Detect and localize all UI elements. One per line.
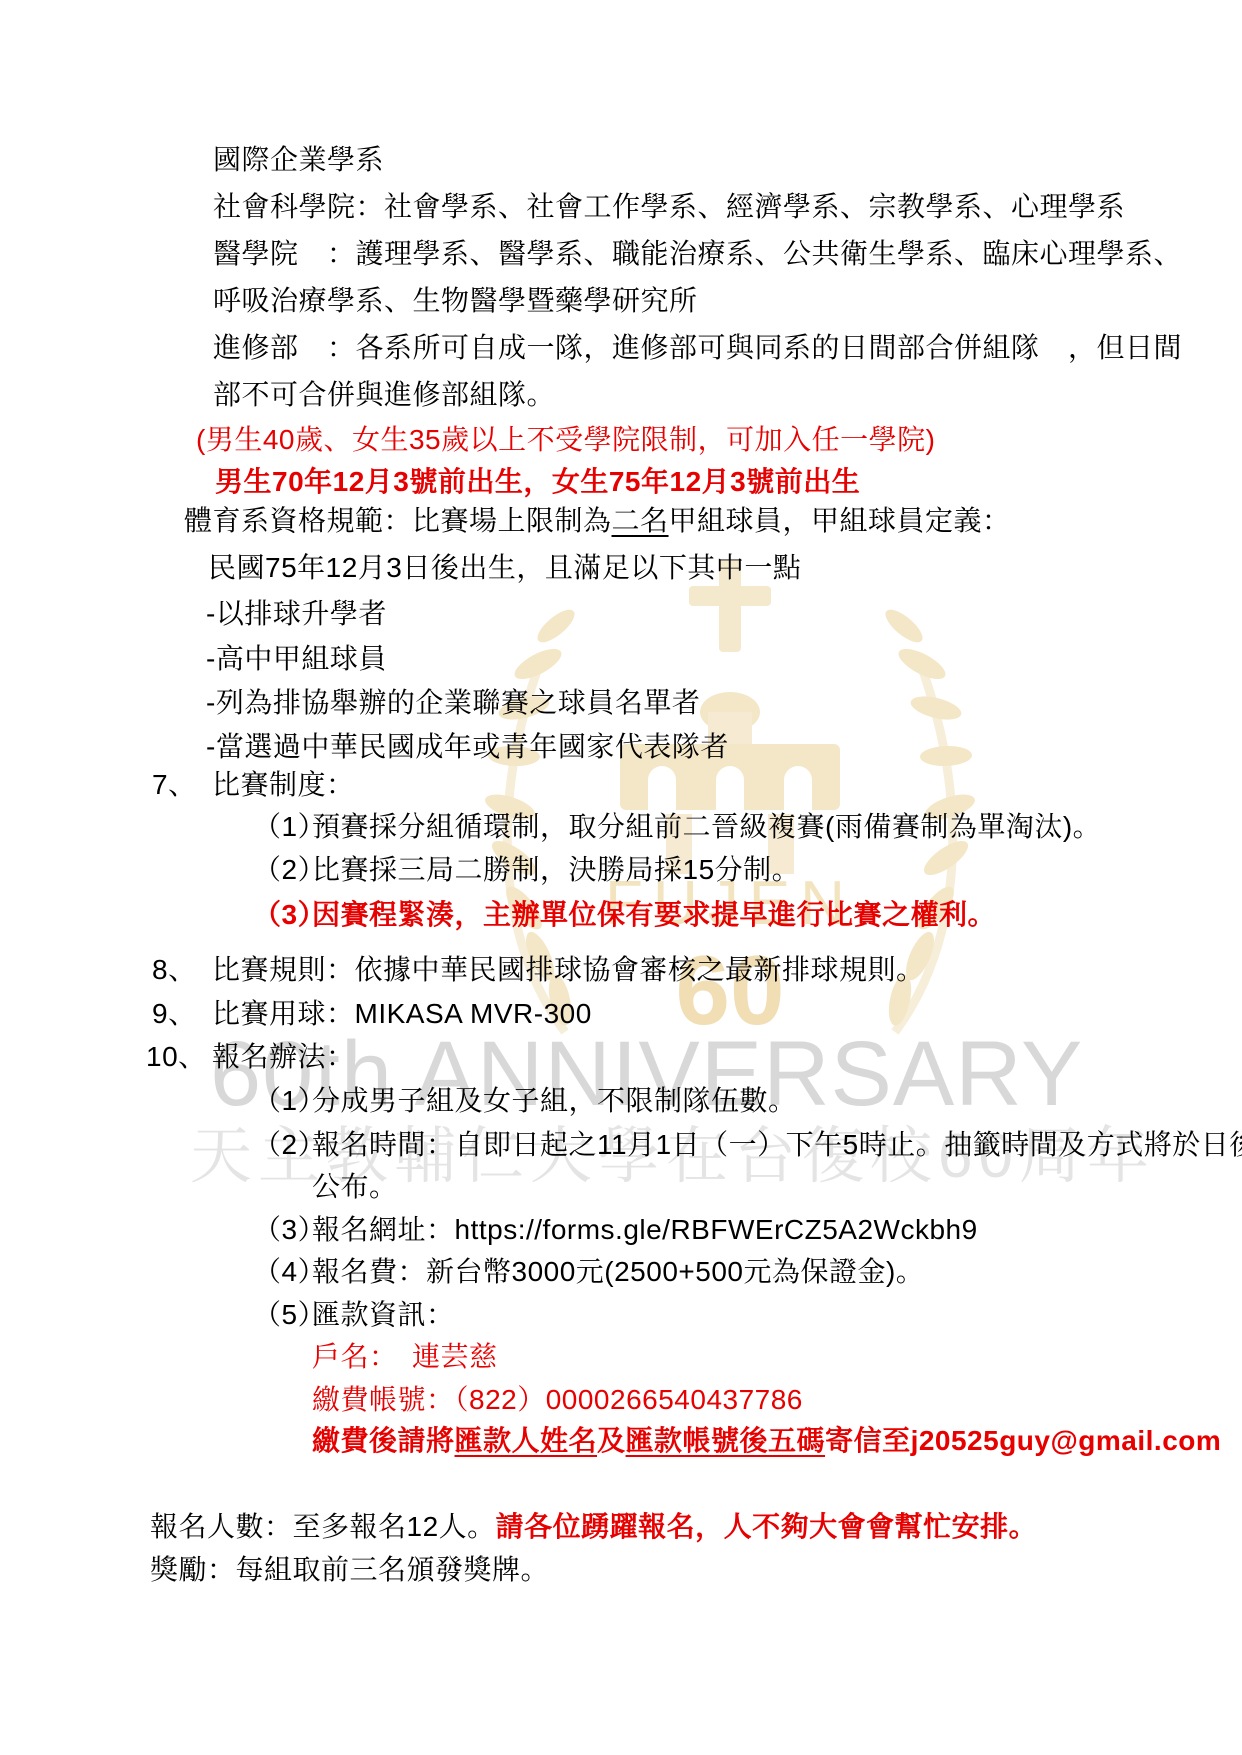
item-label: 比賽規則：依據中華民國排球協會審核之最新排球規則。 xyxy=(212,954,925,985)
instr-underlined-name: 匯款人姓名 xyxy=(455,1425,598,1456)
pe-rule-text-end: 甲組球員，甲組球員定義： xyxy=(669,505,1011,536)
item-text: 報名時間：自即日起之11月1日（一）下午5時止。抽籤時間及方式將於日後 xyxy=(312,1129,1242,1160)
item-7-3: （3）因賽程緊湊，主辦單位保有要求提早進行比賽之權利。 xyxy=(253,901,996,929)
instr-email: 寄信至j20525guy@gmail.com xyxy=(825,1425,1221,1456)
headcount-note: 請各位踴躍報名，人不夠大會會幫忙安排。 xyxy=(496,1511,1038,1542)
line-pe-dept-rule: 體育系資格規範：比賽場上限制為二名甲組球員，甲組球員定義： xyxy=(184,507,1011,535)
list-number: （1） xyxy=(253,813,312,841)
item-label: 報名辦法： xyxy=(212,1041,355,1072)
line-college-medicine: 醫學院 ：護理學系、醫學系、職能治療系、公共衛生學系、臨床心理學系、 xyxy=(213,240,1182,268)
instr-text: 及 xyxy=(597,1425,626,1456)
line-condition-1: -以排球升學者 xyxy=(206,600,387,628)
line-continuing-education: 進修部 ：各系所可自成一隊，進修部可與同系的日間部合併組隊 ，但日間 xyxy=(213,334,1182,362)
item-text: 比賽採三局二勝制，決勝局採15分制。 xyxy=(312,854,800,885)
pe-rule-underlined: 二名 xyxy=(612,505,669,536)
item-7-2: （2）比賽採三局二勝制，決勝局採15分制。 xyxy=(253,856,800,884)
line-birth-cutoff: 男生70年12月3號前出生，女生75年12月3號前出生 xyxy=(215,468,860,496)
anniversary-logo-watermark: FUJEN 60 xyxy=(470,552,990,1067)
item-text: 因賽程緊湊，主辦單位保有要求提早進行比賽之權利。 xyxy=(312,899,996,930)
instr-text: 繳費後請將 xyxy=(312,1425,455,1456)
line-headcount: 報名人數：至多報名12人。請各位踴躍報名，人不夠大會會幫忙安排。 xyxy=(150,1513,1037,1541)
item-label: 比賽用球：MIKASA MVR-300 xyxy=(212,998,592,1029)
pe-rule-text: 體育系資格規範：比賽場上限制為 xyxy=(184,505,612,536)
list-number: （5） xyxy=(253,1301,312,1329)
list-number: （4） xyxy=(253,1258,312,1286)
line-condition-3: -列為排協舉辦的企業聯賽之球員名單者 xyxy=(206,689,700,717)
line-age-exception: (男生40歲、女生35歲以上不受學院限制，可加入任一學院) xyxy=(196,426,935,454)
line-payment-instruction: 繳費後請將匯款人姓名及匯款帳號後五碼寄信至j20525guy@gmail.com xyxy=(312,1427,1221,1455)
list-number: （2） xyxy=(253,1131,312,1159)
list-number: 8、 xyxy=(152,956,212,984)
item-7-1: （1）預賽採分組循環制，取分組前二晉級複賽(雨備賽制為單淘汰)。 xyxy=(253,813,1101,841)
item-10-5: （5）匯款資訊： xyxy=(253,1301,455,1329)
item-10-2: （2）報名時間：自即日起之11月1日（一）下午5時止。抽籤時間及方式將於日後 xyxy=(253,1131,1242,1159)
item-10-1: （1）分成男子組及女子組，不限制隊伍數。 xyxy=(253,1087,797,1115)
instr-underlined-digits: 匯款帳號後五碼 xyxy=(626,1425,826,1456)
line-continuing-education-cont: 部不可合併與進修部組隊。 xyxy=(213,381,555,409)
item-9-ball: 9、比賽用球：MIKASA MVR-300 xyxy=(152,1000,592,1028)
headcount-text: 報名人數：至多報名12人。 xyxy=(150,1511,496,1542)
list-number: 10、 xyxy=(146,1043,212,1071)
line-account-number: 繳費帳號：（822）0000266540437786 xyxy=(312,1386,803,1414)
item-text: 預賽採分組循環制，取分組前二晉級複賽(雨備賽制為單淘汰)。 xyxy=(312,811,1101,842)
list-number: （2） xyxy=(253,856,312,884)
building-icon xyxy=(620,692,840,874)
line-college-social-science: 社會科學院：社會學系、社會工作學系、經濟學系、宗教學系、心理學系 xyxy=(213,193,1125,221)
item-text: 分成男子組及女子組，不限制隊伍數。 xyxy=(312,1085,797,1116)
item-10-registration: 10、報名辦法： xyxy=(146,1043,355,1071)
item-label: 匯款資訊： xyxy=(312,1299,455,1330)
line-condition-2: -高中甲組球員 xyxy=(206,645,387,673)
line-awards: 獎勵：每組取前三名頒發獎牌。 xyxy=(150,1556,549,1584)
list-number: （3） xyxy=(253,1216,312,1244)
item-10-2-cont: 公布。 xyxy=(312,1173,398,1201)
registration-url: 報名網址：https://forms.gle/RBFWErCZ5A2Wckbh9 xyxy=(312,1214,978,1245)
line-college-medicine-cont: 呼吸治療學系、生物醫學暨藥學研究所 xyxy=(213,287,698,315)
item-text: 報名費：新台幣3000元(2500+500元為保證金)。 xyxy=(312,1256,924,1287)
line-player-definition: 民國75年12月3日後出生，且滿足以下其中一點 xyxy=(208,554,801,582)
item-10-4: （4）報名費：新台幣3000元(2500+500元為保證金)。 xyxy=(253,1258,924,1286)
list-number: （1） xyxy=(253,1087,312,1115)
list-number: 7、 xyxy=(152,771,212,799)
item-7-competition-system: 7、比賽制度： xyxy=(152,771,355,799)
list-number: （3） xyxy=(253,901,312,929)
item-8-rules: 8、比賽規則：依據中華民國排球協會審核之最新排球規則。 xyxy=(152,956,925,984)
list-number: 9、 xyxy=(152,1000,212,1028)
line-dept-intl-business: 國際企業學系 xyxy=(213,146,384,174)
item-10-3: （3）報名網址：https://forms.gle/RBFWErCZ5A2Wck… xyxy=(253,1216,978,1244)
line-account-name: 戶名： 連芸慈 xyxy=(312,1343,498,1371)
line-condition-4: -當選過中華民國成年或青年國家代表隊者 xyxy=(206,733,729,761)
item-label: 比賽制度： xyxy=(212,769,355,800)
document-page: FUJEN 60 60th ANNIVERSARY 天主教輔仁大學在台復校60周… xyxy=(0,0,1242,1755)
